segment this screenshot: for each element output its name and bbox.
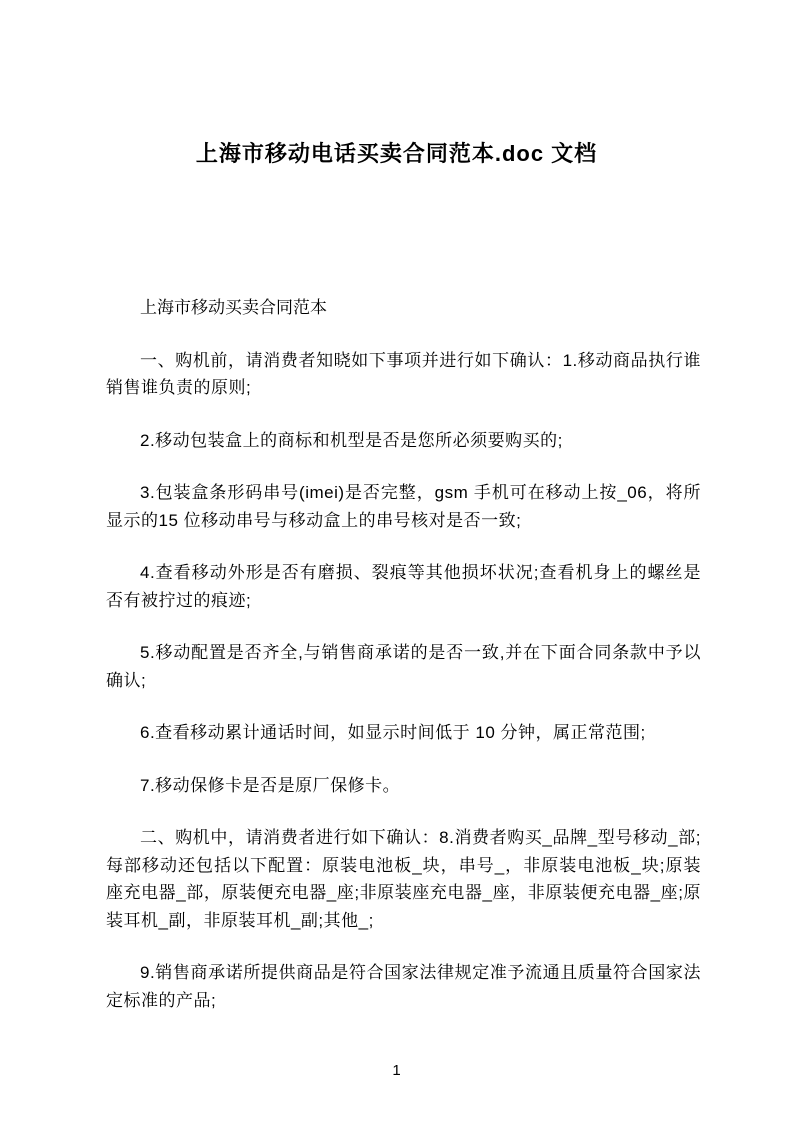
paragraph-3: 3.包装盒条形码串号(imei)是否完整，gsm 手机可在移动上按_06，将所显… bbox=[106, 479, 701, 534]
document-title: 上海市移动电话买卖合同范本.doc 文档 bbox=[0, 138, 793, 170]
paragraph-5: 5.移动配置是否齐全,与销售商承诺的是否一致,并在下面合同条款中予以确认; bbox=[106, 639, 701, 694]
paragraph-7: 7.移动保修卡是否是原厂保修卡。 bbox=[106, 772, 701, 800]
paragraph-1: 一、购机前，请消费者知晓如下事项并进行如下确认：1.移动商品执行谁销售谁负责的原… bbox=[106, 347, 701, 402]
paragraph-8: 二、购机中，请消费者进行如下确认：8.消费者购买_品牌_型号移动_部;每部移动还… bbox=[106, 824, 701, 934]
document-page: 上海市移动电话买卖合同范本.doc 文档 上海市移动买卖合同范本 一、购机前，请… bbox=[0, 0, 793, 1122]
document-body: 上海市移动买卖合同范本 一、购机前，请消费者知晓如下事项并进行如下确认：1.移动… bbox=[0, 294, 793, 1014]
paragraph-9: 9.销售商承诺所提供商品是符合国家法律规定准予流通且质量符合国家法定标准的产品; bbox=[106, 959, 701, 1014]
page-number: 1 bbox=[0, 1062, 793, 1080]
paragraph-4: 4.查看移动外形是否有磨损、裂痕等其他损坏状况;查看机身上的螺丝是否有被拧过的痕… bbox=[106, 559, 701, 614]
document-subtitle: 上海市移动买卖合同范本 bbox=[106, 294, 701, 322]
paragraph-6: 6.查看移动累计通话时间，如显示时间低于 10 分钟，属正常范围; bbox=[106, 719, 701, 747]
paragraph-2: 2.移动包装盒上的商标和机型是否是您所必须要购买的; bbox=[106, 427, 701, 455]
